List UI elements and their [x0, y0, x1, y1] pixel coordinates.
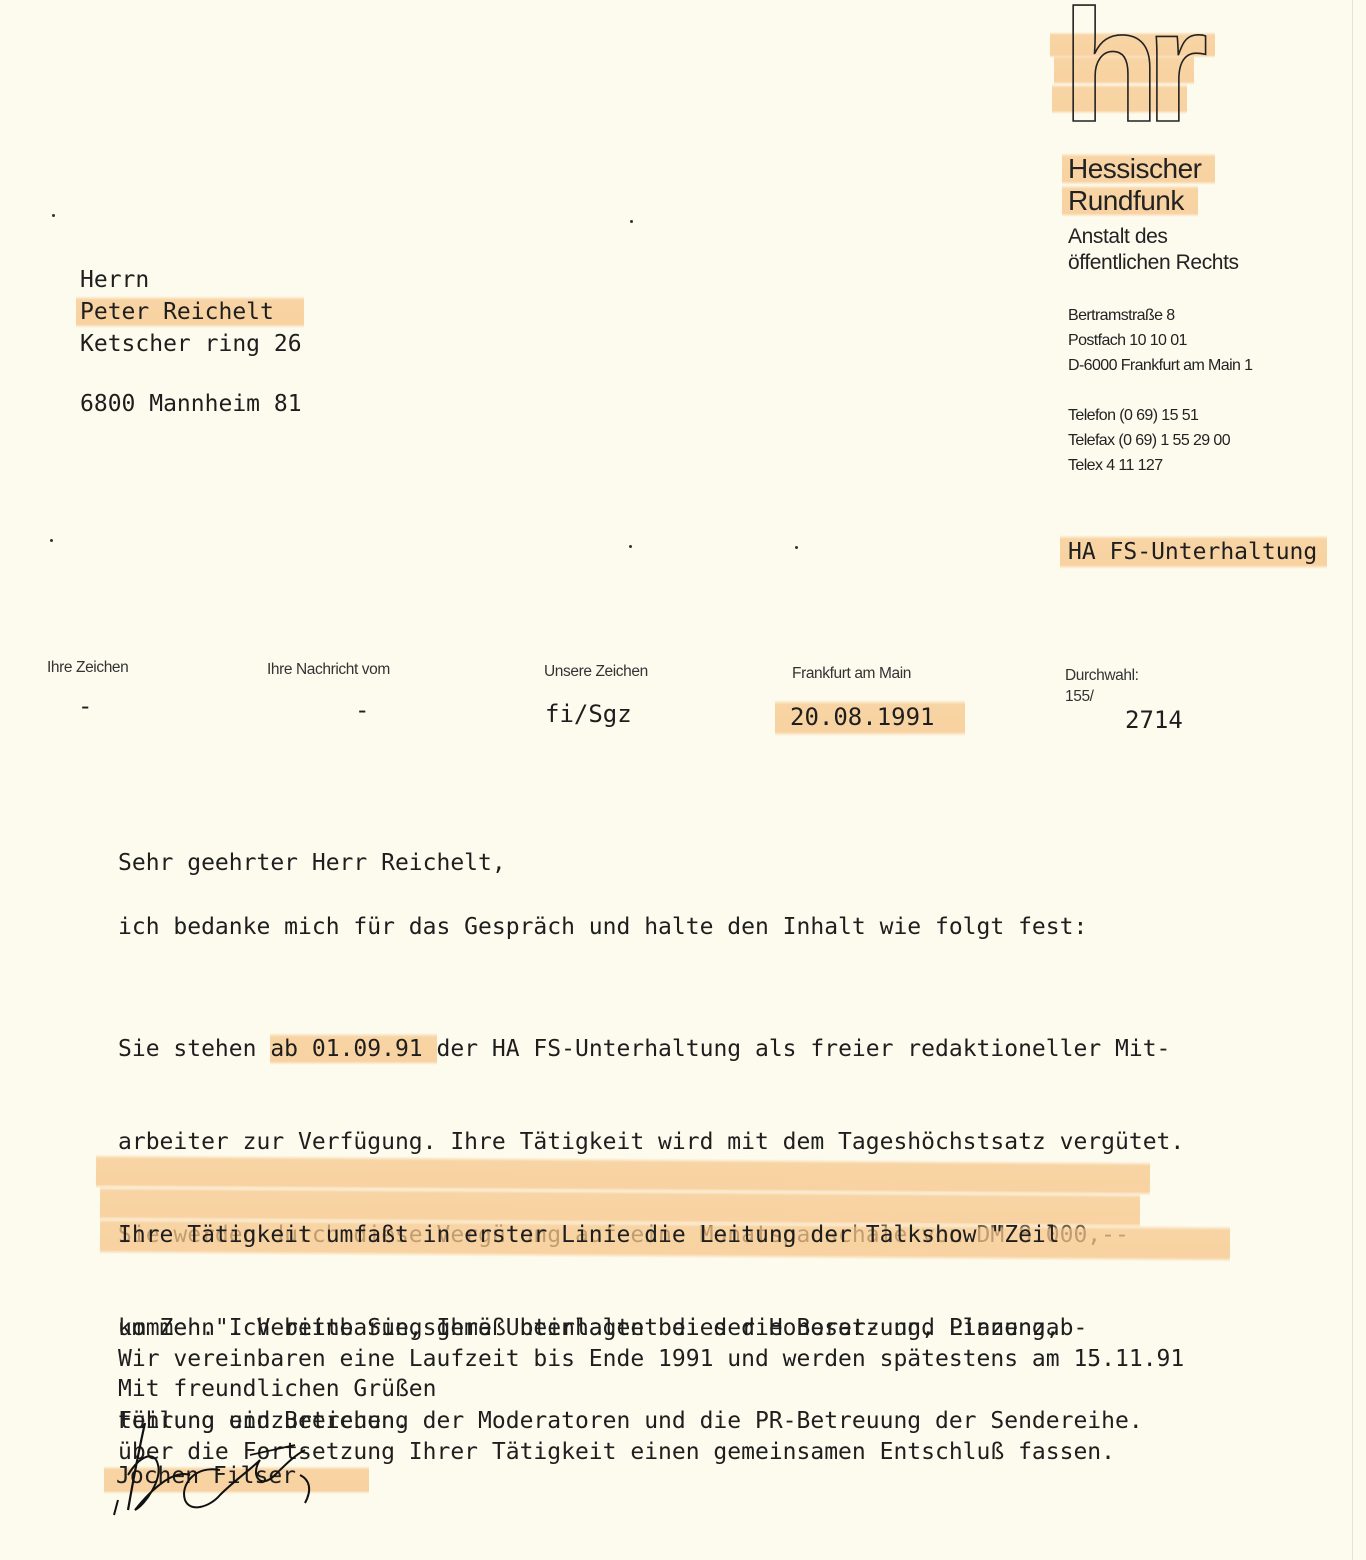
durchwahl-prefix: 155/ [1065, 688, 1094, 706]
org-subtitle: Anstalt des öffentlichen Rechts [1068, 224, 1239, 276]
start-date-highlight: ab 01.09.91 [270, 1033, 436, 1065]
recipient-name: Peter Reichelt [76, 296, 304, 328]
page-edge [1352, 0, 1353, 1560]
closing: Mit freundlichen Grüßen [118, 1374, 437, 1405]
unsere-zeichen-label: Unsere Zeichen [544, 663, 648, 681]
recipient-city: 6800 Mannheim 81 [80, 388, 304, 420]
recipient-salutation: Herrn [80, 264, 304, 296]
signature-icon [100, 1415, 400, 1525]
org-contact: Telefon (0 69) 15 51 Telefax (0 69) 1 55… [1068, 403, 1230, 478]
intro-line: ich bedanke mich für das Gespräch und ha… [118, 912, 1087, 943]
ihre-zeichen-value: - [78, 692, 92, 720]
org-address: Bertramstraße 8 Postfach 10 10 01 D-6000… [1068, 303, 1252, 378]
p1-line: arbeiter zur Verfügung. Ihre Tätigkeit w… [118, 1127, 1184, 1158]
recipient-address: Herrn Peter Reichelt Ketscher ring 26 68… [80, 264, 304, 420]
durchwahl-value: 2714 [1125, 706, 1183, 734]
contact-line: Telefon (0 69) 15 51 [1068, 403, 1230, 428]
greeting: Sehr geehrter Herr Reichelt, [118, 848, 506, 879]
fold-mark [795, 546, 798, 549]
org-name-line: Hessischer [1062, 153, 1215, 185]
address-line: D-6000 Frankfurt am Main 1 [1068, 353, 1252, 378]
hr-logo: hr [1062, 0, 1194, 136]
unsere-zeichen-value: fi/Sgz [545, 700, 632, 728]
fold-mark [630, 220, 633, 223]
org-name-line: Rundfunk [1062, 185, 1198, 217]
contact-line: Telex 4 11 127 [1068, 453, 1230, 478]
p1-text: der HA FS-Unterhaltung als freier redakt… [437, 1036, 1171, 1062]
p1-text: Sie stehen [118, 1036, 270, 1062]
ihre-nachricht-label: Ihre Nachricht vom [267, 661, 390, 679]
ihre-nachricht-value: - [355, 696, 369, 724]
contact-line: Telefax (0 69) 1 55 29 00 [1068, 428, 1230, 453]
org-name: Hessischer Rundfunk [1068, 153, 1215, 217]
letter-date: 20.08.1991 [790, 703, 935, 731]
fold-mark [50, 539, 53, 542]
p2-line: Ihre Tätigkeit umfaßt in erster Linie di… [118, 1220, 1143, 1251]
place-label: Frankfurt am Main [792, 665, 911, 683]
address-line: Bertramstraße 8 [1068, 303, 1252, 328]
p3-line: Wir vereinbaren eine Laufzeit bis Ende 1… [118, 1344, 1184, 1375]
fold-mark [52, 214, 55, 217]
recipient-street: Ketscher ring 26 [80, 328, 304, 360]
department: HA FS-Unterhaltung [1060, 535, 1327, 569]
durchwahl-label: Durchwahl: [1065, 667, 1139, 685]
fold-mark [629, 545, 632, 548]
ihre-zeichen-label: Ihre Zeichen [47, 659, 128, 677]
org-subtitle-line: Anstalt des [1068, 224, 1239, 250]
org-subtitle-line: öffentlichen Rechts [1068, 250, 1239, 276]
address-line: Postfach 10 10 01 [1068, 328, 1252, 353]
